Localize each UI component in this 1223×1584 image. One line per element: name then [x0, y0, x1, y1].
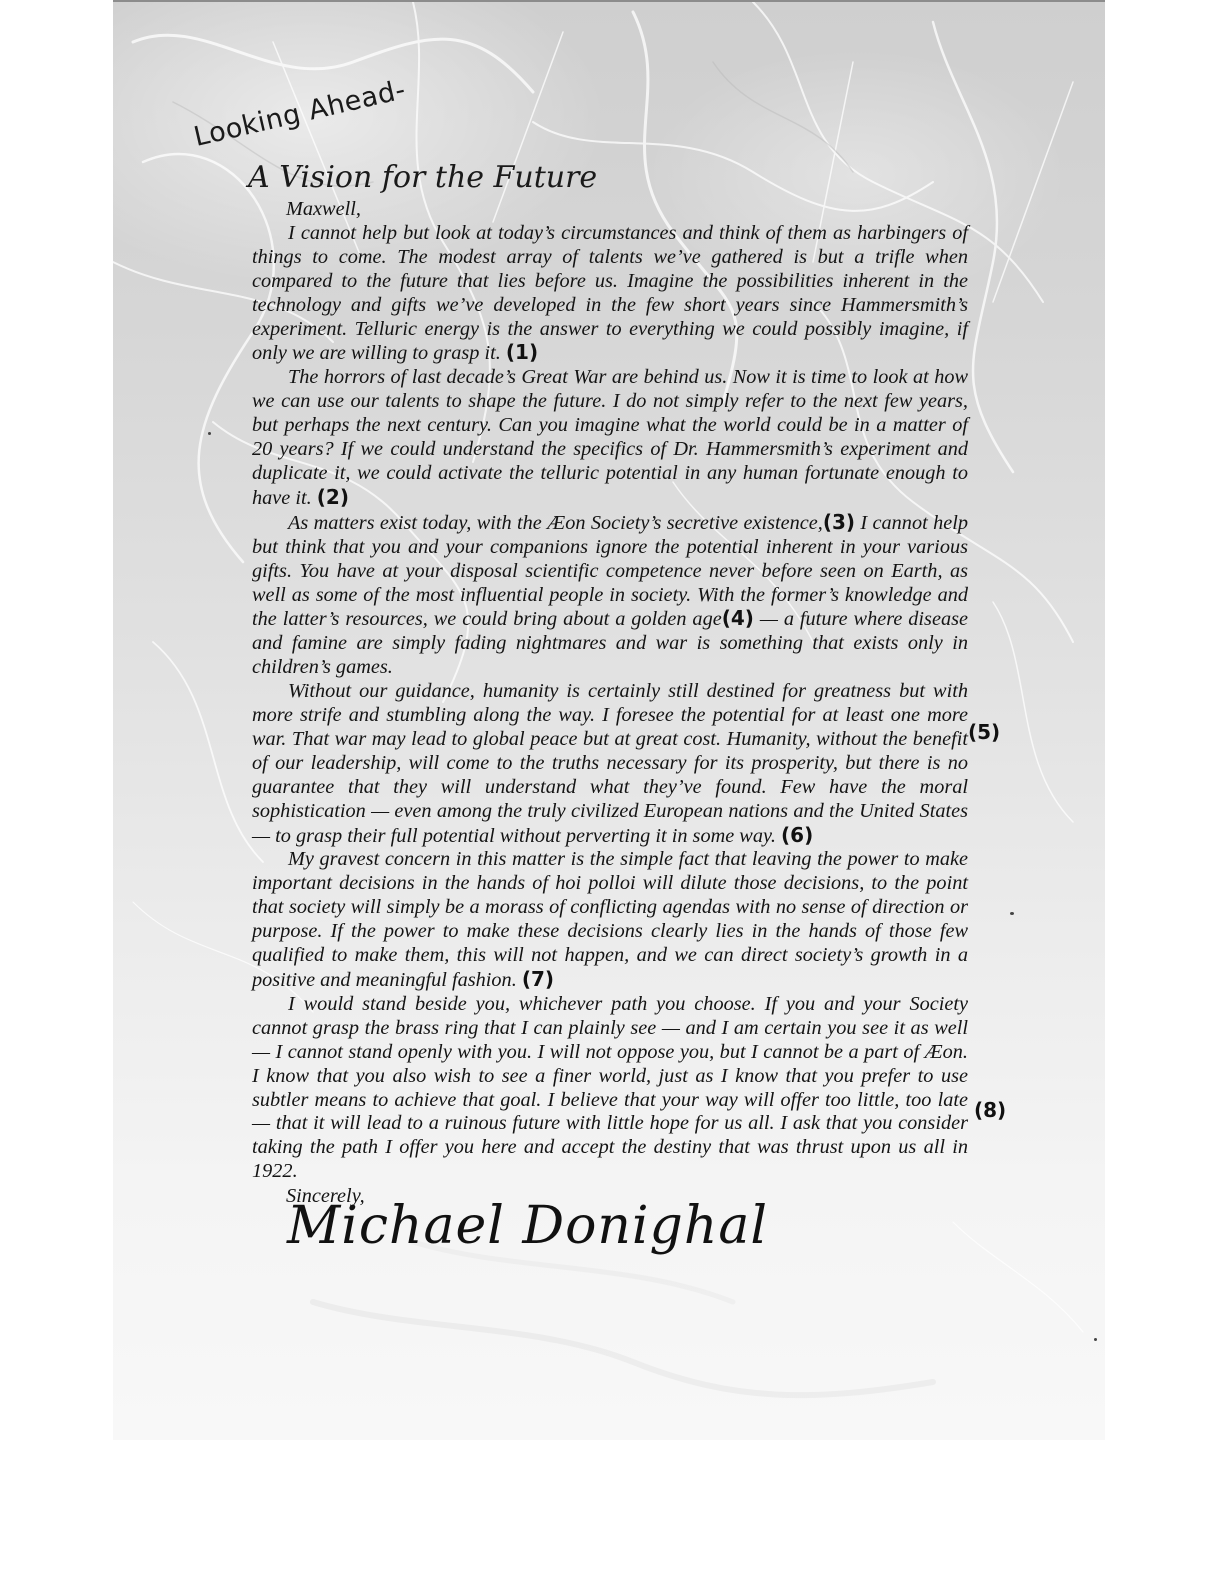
paragraph-5: My gravest concern in this matter is the…: [252, 848, 968, 992]
annotation-marker-3: (3): [823, 510, 855, 534]
letter-body: Maxwell, I cannot help but look at today…: [252, 198, 968, 1209]
paragraph-text: Without our guidance, humanity is certai…: [252, 680, 968, 846]
letter-title: A Vision for the Future: [248, 160, 597, 195]
paragraph-text: My gravest concern in this matter is the…: [252, 848, 968, 991]
paragraph-4: Without our guidance, humanity is certai…: [252, 680, 968, 848]
annotation-marker-7: (7): [522, 967, 554, 991]
annotation-marker-1: (1): [506, 340, 538, 364]
paragraph-2: The horrors of last decade’s Great War a…: [252, 366, 968, 510]
paper-speck: [208, 432, 211, 435]
paper-speck: [1094, 1338, 1097, 1341]
paragraph-text: I would stand beside you, whichever path…: [252, 993, 968, 1182]
paragraph-3: As matters exist today, with the Æon Soc…: [252, 511, 968, 680]
paragraph-text: The horrors of last decade’s Great War a…: [252, 366, 968, 509]
paper-speck: [1010, 912, 1014, 915]
annotation-marker-8: (8): [974, 1098, 1006, 1122]
paragraph-text: I cannot help but look at today’s circum…: [252, 222, 968, 365]
annotation-marker-5: (5): [968, 720, 1000, 744]
paragraph-1: I cannot help but look at today’s circum…: [252, 222, 968, 366]
annotation-marker-4: (4): [722, 606, 754, 630]
annotation-marker-6: (6): [781, 823, 813, 847]
signature: Michael Donighal: [287, 1196, 768, 1256]
salutation: Maxwell,: [252, 198, 968, 222]
annotation-marker-2: (2): [317, 485, 349, 509]
paragraph-6: I would stand beside you, whichever path…: [252, 993, 968, 1184]
paragraph-text: As matters exist today, with the Æon Soc…: [288, 512, 823, 534]
